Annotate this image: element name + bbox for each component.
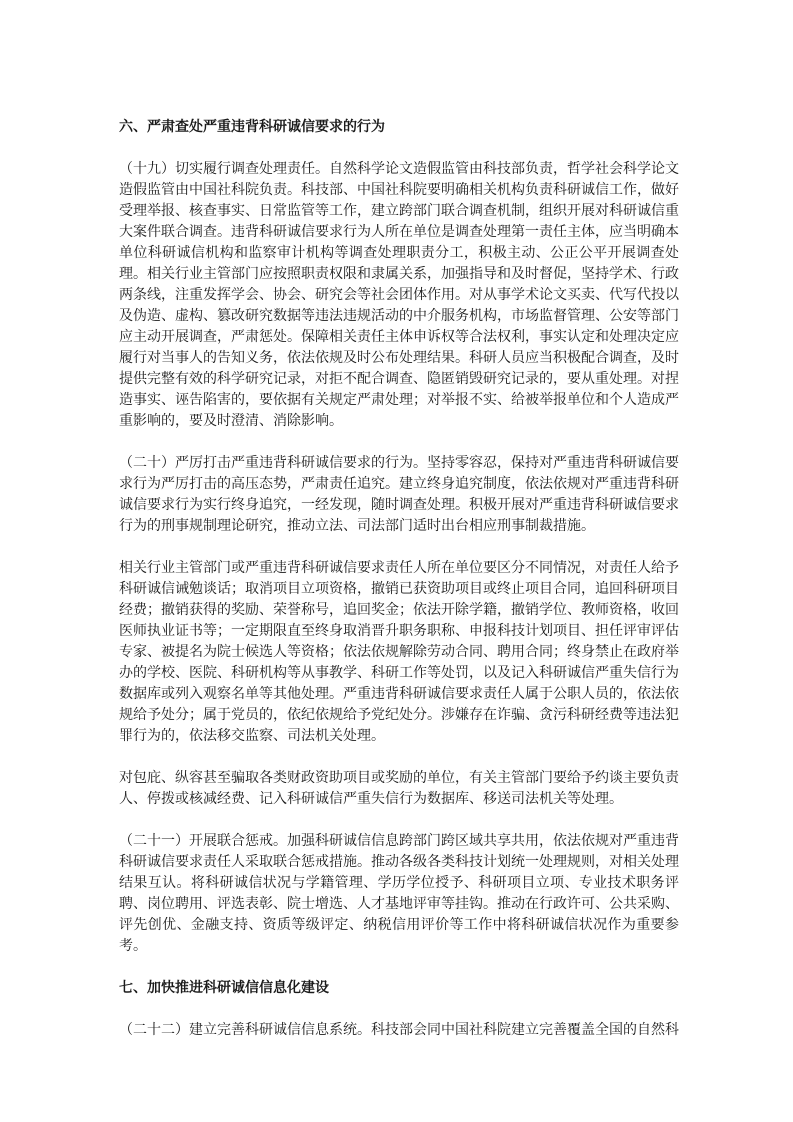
paragraph-item-20: （二十）严厉打击严重违背科研诚信要求的行为。坚持零容忍，保持对严重违背科研诚信要…: [119, 453, 679, 537]
paragraph-item-20-sanctions: 相关行业主管部门或严重违背科研诚信要求责任人所在单位要区分不同情况，对责任人给予…: [119, 558, 679, 747]
paragraph-item-20-unit-penalties: 对包庇、纵容甚至骗取各类财政资助项目或奖励的单位，有关主管部门要给予约谈主要负责…: [119, 768, 679, 810]
paragraph-item-22: （二十二）建立完善科研诚信信息系统。科技部会同中国社科院建立完善覆盖全国的自然科: [119, 1020, 679, 1041]
paragraph-item-19: （十九）切实履行调查处理责任。自然科学论文造假监管由科技部负责，哲学社会科学论文…: [119, 159, 679, 432]
document-page: 六、严肃查处严重违背科研诚信要求的行为 （十九）切实履行调查处理责任。自然科学论…: [0, 0, 793, 1122]
paragraph-item-21: （二十一）开展联合惩戒。加强科研诚信信息跨部门跨区域共享共用，依法依规对严重违背…: [119, 831, 679, 957]
section-heading-6: 六、严肃查处严重违背科研诚信要求的行为: [119, 117, 679, 138]
section-heading-7: 七、加快推进科研诚信信息化建设: [119, 978, 679, 999]
